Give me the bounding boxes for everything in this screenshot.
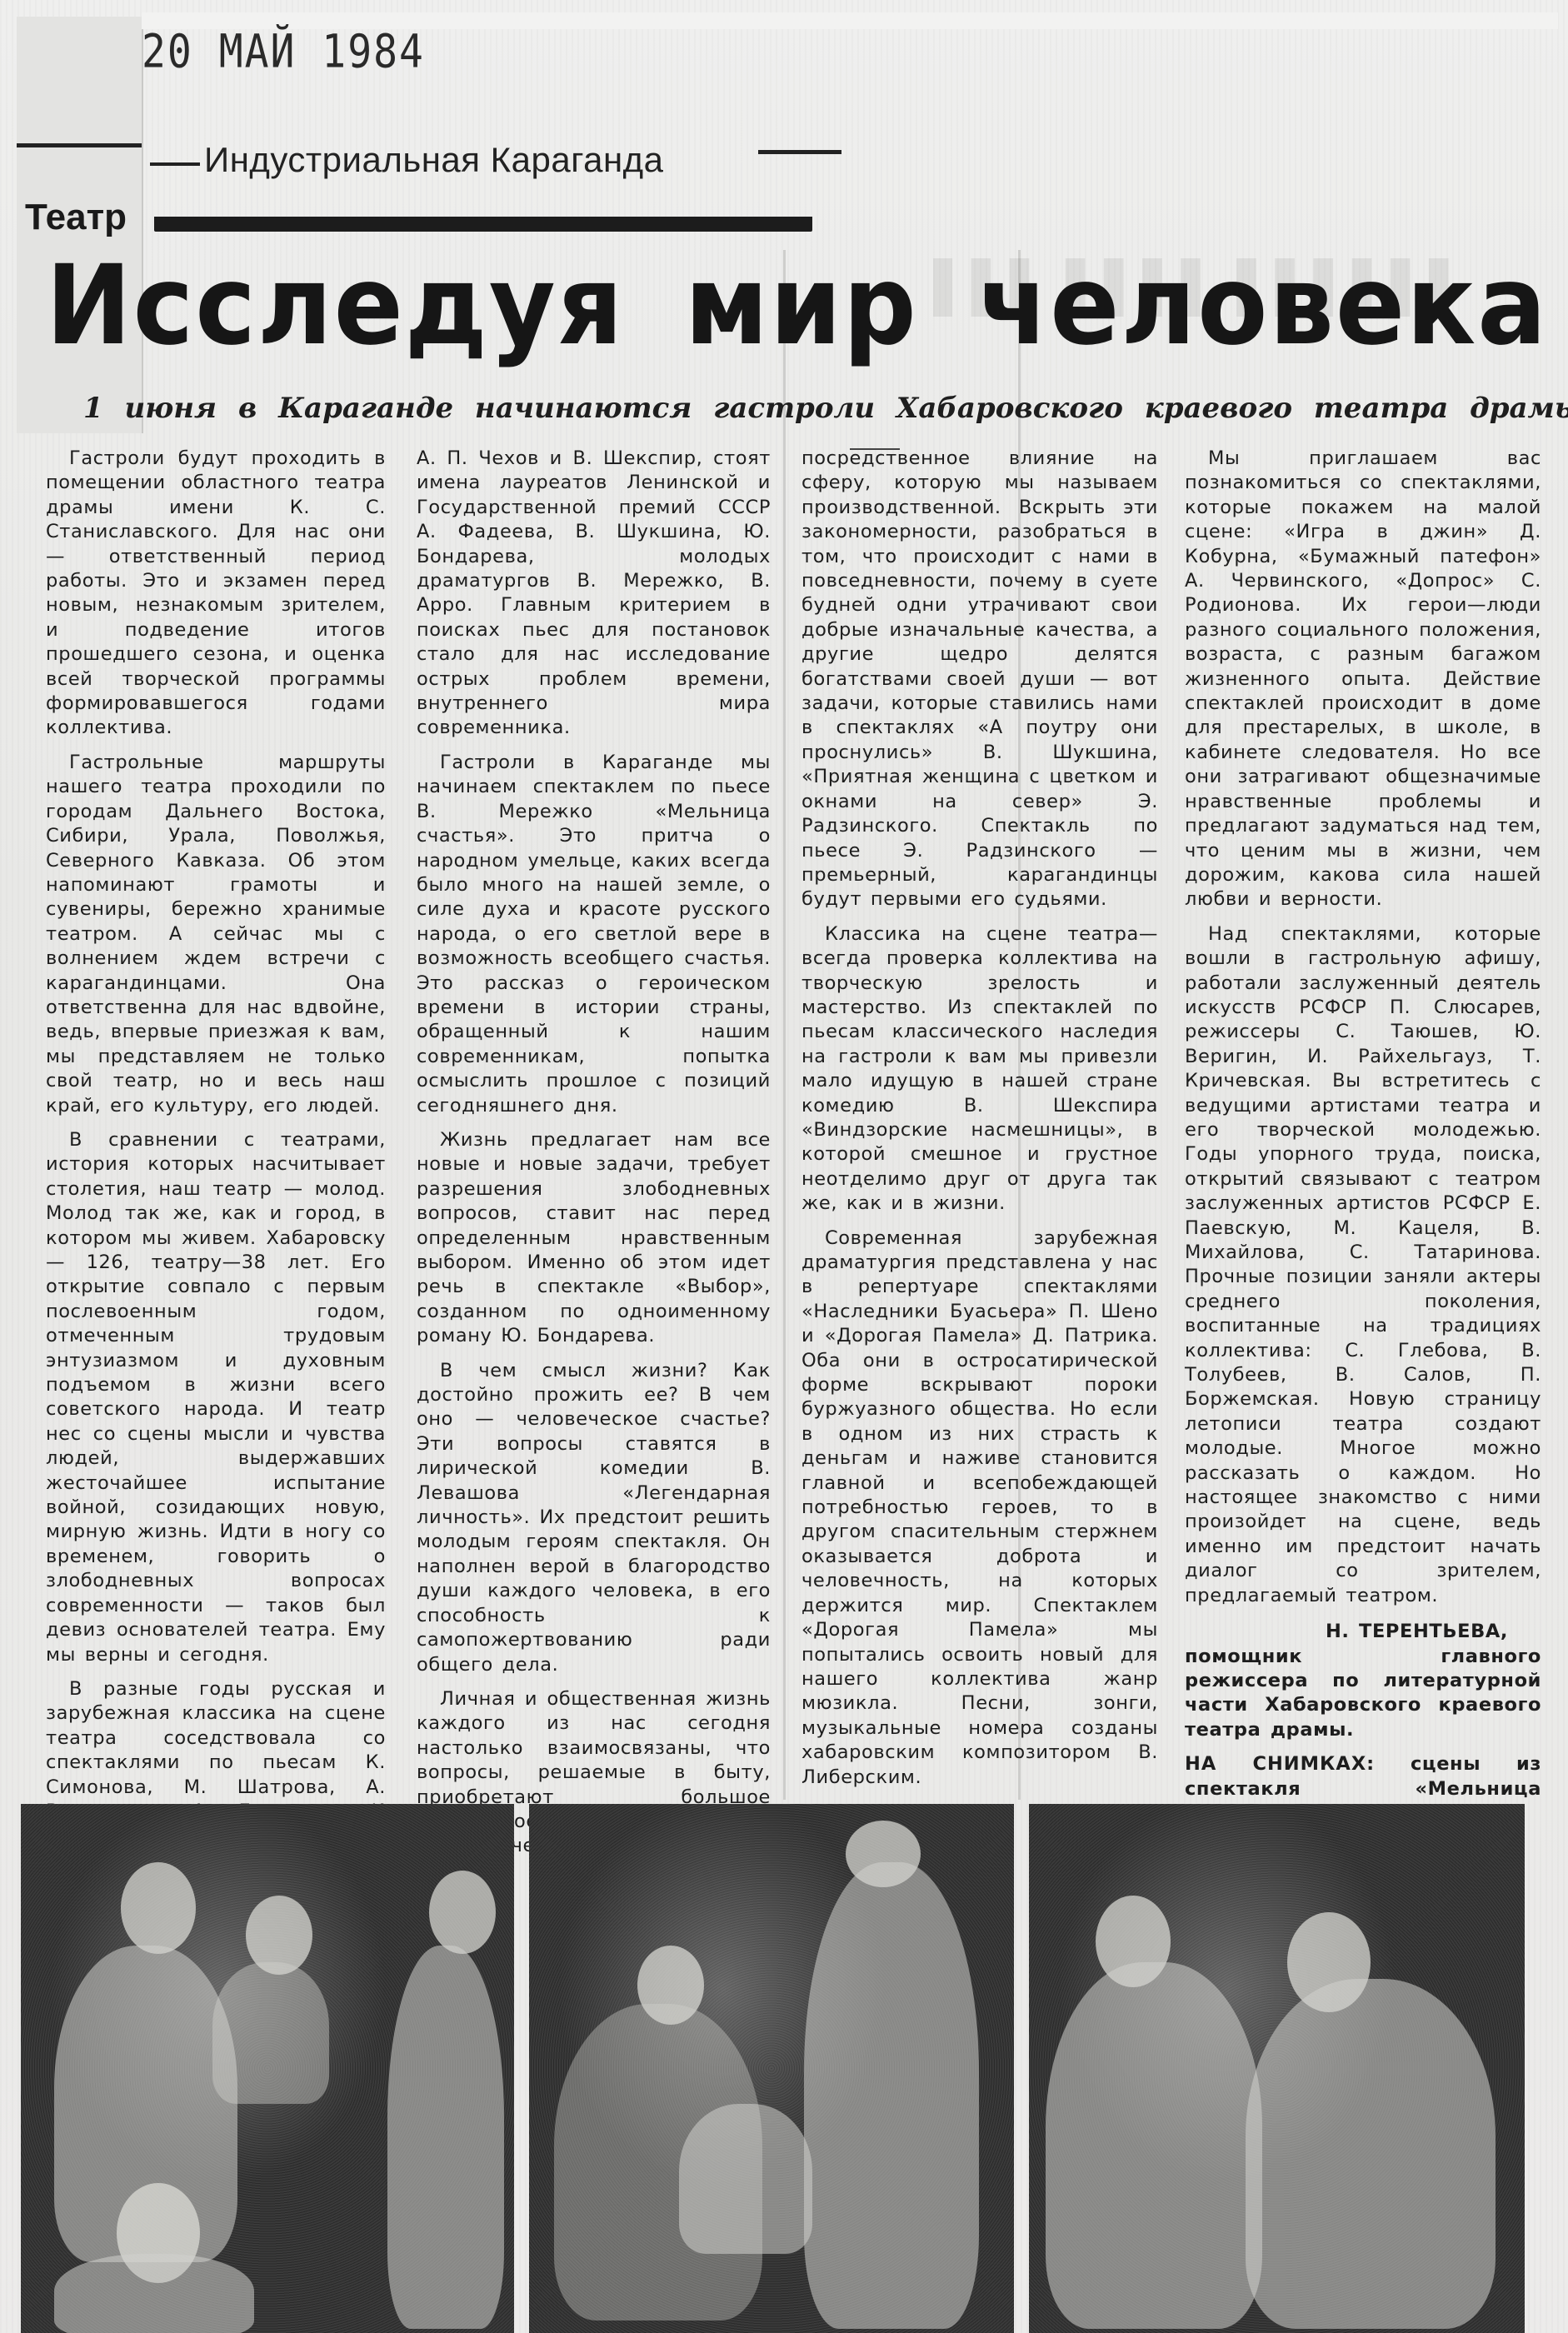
article-column-2: А. П. Чехов и В. Шекспир, стоят имена ла… (417, 447, 771, 1869)
paragraph: В сравнении с театрами, история которых … (46, 1128, 386, 1667)
caption-lead: НА СНИМКАХ: (1185, 1753, 1375, 1775)
photo-strip (17, 1804, 1554, 2333)
paragraph: В чем смысл жизни? Как достойно прожить … (417, 1359, 771, 1677)
masthead-rule (758, 150, 841, 154)
article-column-1: Гастроли будут проходить в помещении обл… (46, 447, 386, 1908)
masthead-rule (17, 143, 142, 147)
paragraph: А. П. Чехов и В. Шекспир, стоят имена ла… (417, 447, 771, 741)
paragraph: Жизнь предлагает нам все новые и новые з… (417, 1128, 771, 1349)
rubric-rule (154, 217, 812, 232)
author-name: Н. ТЕРЕНТЬЕВА, (1185, 1620, 1541, 1644)
stage-photo-1 (21, 1804, 514, 2333)
fold-line (783, 250, 786, 1800)
newspaper-clipping: 20 МАЙ 1984 Индустриальная Караганда Теа… (0, 0, 1568, 2333)
section-rubric: Театр (25, 197, 127, 238)
paragraph: Гастроли будут проходить в помещении обл… (46, 447, 386, 741)
paragraph: Современная зарубежная драматургия предс… (801, 1226, 1158, 1790)
paragraph: Мы приглашаем вас познакомиться со спект… (1185, 447, 1541, 912)
article-subheadline: 1 июня в Караганде начинаются гастроли Х… (83, 392, 1500, 425)
stage-photo-3 (1029, 1804, 1525, 2333)
paragraph: Классика на сцене театра— всегда проверк… (801, 922, 1158, 1216)
paragraph: Гастрольные маршруты нашего театра прохо… (46, 751, 386, 1118)
article-column-3: посредственное влияние на сферу, которую… (801, 447, 1158, 1800)
paragraph: Гастроли в Караганде мы начинаем спектак… (417, 751, 771, 1118)
article-column-4: Мы приглашаем вас познакомиться со спект… (1185, 447, 1541, 1862)
masthead-rule (150, 162, 200, 166)
date-stamp: 20 МАЙ 1984 (142, 25, 425, 78)
author-role: помощник главного режиссера по литератур… (1185, 1645, 1541, 1743)
article-headline: Исследуя мир человека (46, 242, 1425, 370)
newspaper-name: Индустриальная Караганда (204, 140, 664, 180)
paragraph: посредственное влияние на сферу, которую… (801, 447, 1158, 912)
paragraph: Над спектаклями, которые вошли в гастрол… (1185, 922, 1541, 1608)
stage-photo-2 (529, 1804, 1014, 2333)
